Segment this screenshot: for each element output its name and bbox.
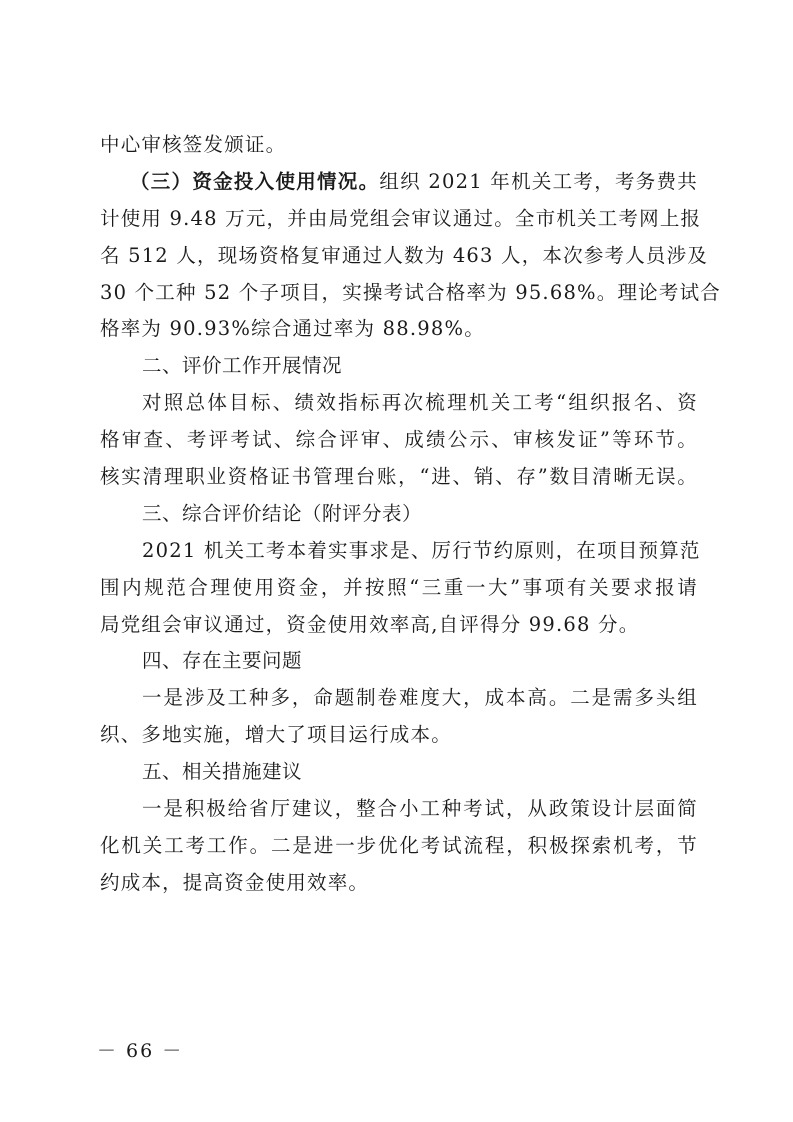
section-heading-conclusion: 三、综合评价结论（附评分表） <box>100 496 698 533</box>
body-line: 一是涉及工种多，命题制卷难度大，成本高。二是需多头组 <box>100 680 698 717</box>
body-line: 名 512 人，现场资格复审通过人数为 463 人，本次参考人员涉及 <box>100 238 698 275</box>
body-line: 一是积极给省厅建议，整合小工种考试，从政策设计层面简 <box>100 791 698 828</box>
body-line: 计使用 9.48 万元，并由局党组会审议通过。全市机关工考网上报 <box>100 201 698 238</box>
page-number: － 66 － <box>97 1036 183 1063</box>
body-text: 组织 2021 年机关工考，考务费共 <box>379 170 698 193</box>
body-line: 2021 机关工考本着实事求是、厉行节约原则，在项目预算范 <box>100 533 698 570</box>
body-line: 化机关工考工作。二是进一步优化考试流程，积极探索机考，节 <box>100 828 698 865</box>
subsection-funding-first-line: （三）资金投入使用情况。组织 2021 年机关工考，考务费共 <box>100 164 698 201</box>
body-line: 约成本，提高资金使用效率。 <box>100 865 698 902</box>
body-line: 对照总体目标、绩效指标再次梳理机关工考“组织报名、资 <box>100 385 698 422</box>
body-line: 30 个工种 52 个子项目，实操考试合格率为 95.68%。理论考试合 <box>100 275 698 312</box>
subsection-funding-title: （三）资金投入使用情况。 <box>130 170 379 193</box>
body-line: 织、多地实施，增大了项目运行成本。 <box>100 717 698 754</box>
body-line: 格率为 90.93%综合通过率为 88.98%。 <box>100 311 698 348</box>
body-line: 格审查、考评考试、综合评审、成绩公示、审核发证”等环节。 <box>100 422 698 459</box>
section-heading-problems: 四、存在主要问题 <box>100 643 698 680</box>
document-page: 中心审核签发颁证。 （三）资金投入使用情况。组织 2021 年机关工考，考务费共… <box>100 127 698 902</box>
section-heading-suggestions: 五、相关措施建议 <box>100 754 698 791</box>
body-line: 围内规范合理使用资金，并按照“三重一大”事项有关要求报请 <box>100 570 698 607</box>
body-line: 核实清理职业资格证书管理台账，“进、销、存”数目清晰无误。 <box>100 459 698 496</box>
section-heading-evaluation-work: 二、评价工作开展情况 <box>100 348 698 385</box>
body-line: 中心审核签发颁证。 <box>100 127 698 164</box>
body-line: 局党组会审议通过，资金使用效率高,自评得分 99.68 分。 <box>100 607 698 644</box>
